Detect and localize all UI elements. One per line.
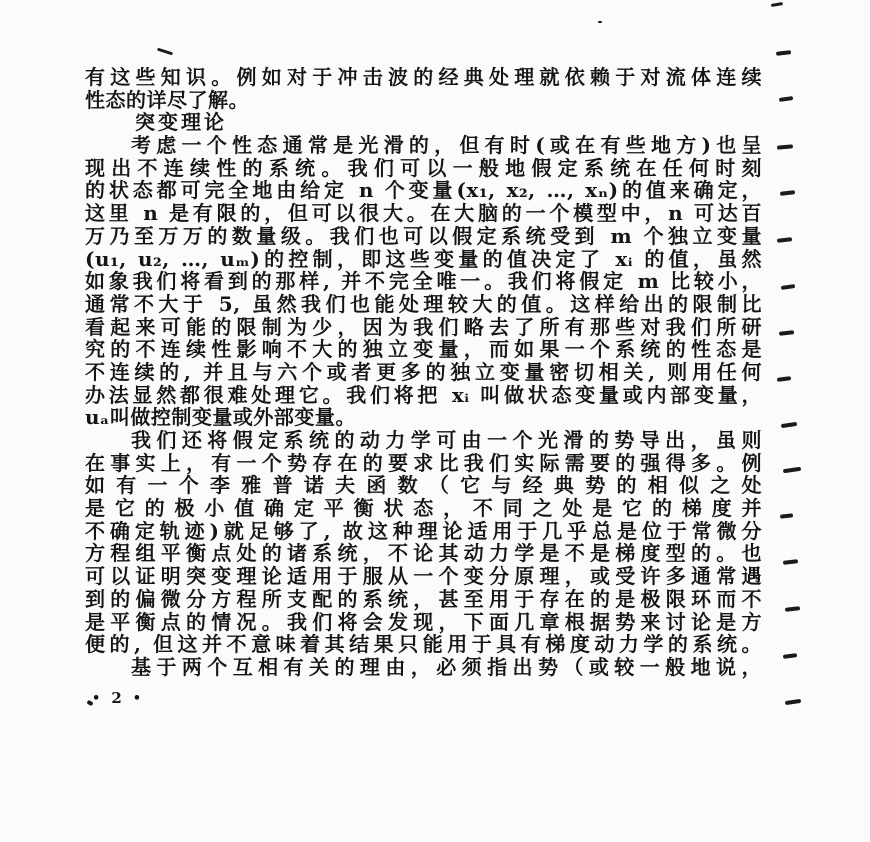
margin-dash-mark bbox=[785, 606, 800, 611]
text-line: 可以证明突变理论适用于服从一个变分原理，或受许多通常遇 bbox=[85, 565, 762, 588]
text-line: 万乃至万万的数量级。我们也可以假定系统受到 m 个独立变量 bbox=[85, 225, 762, 248]
page-footer: • 2 • bbox=[92, 689, 141, 707]
margin-dash-mark bbox=[777, 376, 791, 381]
margin-dash-mark bbox=[779, 330, 794, 335]
text-line: uₐ叫做控制变量或外部变量。 bbox=[85, 406, 762, 429]
margin-dash-mark bbox=[779, 96, 793, 101]
text-line: 通常不大于 5, 虽然我们也能处理较大的值。这样给出的限制比 bbox=[85, 293, 762, 316]
margin-dash-mark bbox=[776, 50, 791, 55]
text-line: 在事实上，有一个势存在的要求比我们实际需要的强得多。例 bbox=[85, 452, 762, 475]
ink-speck bbox=[157, 48, 173, 56]
text-line: 现出不连续性的系统。我们可以一般地假定系统在任何时刻 bbox=[85, 157, 762, 180]
text-line: 是平衡点的情况。我们将会发现，下面几章根据势来讨论是方 bbox=[85, 611, 762, 634]
scanned-book-page: 有这些知识。例如对于冲击波的经典处理就依赖于对流体连续性态的详尽了解。突变理论考… bbox=[0, 0, 870, 842]
footer-dot-right: • bbox=[133, 691, 141, 706]
margin-dash-mark bbox=[781, 284, 795, 289]
margin-dash-mark bbox=[785, 699, 801, 705]
text-line: (u₁, u₂, …, uₘ)的控制，即这些变量的值决定了 xᵢ 的值，虽然 bbox=[85, 248, 762, 271]
margin-dash-mark bbox=[771, 2, 783, 7]
margin-dash-mark bbox=[780, 190, 795, 195]
page-number: 2 bbox=[111, 689, 121, 707]
text-line: 方程组平衡点处的诸系统，不论其动力学是不是梯度型的。也 bbox=[85, 542, 762, 565]
text-line: 如有一个李雅普诺夫函数（它与经典势的相似之处 bbox=[85, 474, 762, 497]
margin-dash-mark bbox=[777, 144, 793, 149]
text-line: 到的偏微分方程所支配的系统，甚至用于存在的是极限环而不 bbox=[85, 588, 762, 611]
margin-dash-mark bbox=[777, 237, 792, 242]
margin-dash-mark bbox=[780, 513, 793, 518]
text-line: 不连续的, 并且与六个或者更多的独立变量密切相关, 则用任何 bbox=[85, 361, 762, 384]
text-line: 看起来可能的限制为少，因为我们略去了所有那些对我们所研 bbox=[85, 316, 762, 339]
text-line: 有这些知识。例如对于冲击波的经典处理就依赖于对流体连续 bbox=[85, 66, 762, 89]
margin-dash-mark bbox=[783, 653, 797, 658]
text-line: 便的, 但这并不意味着其结果只能用于具有梯度动力学的系统。 bbox=[85, 633, 762, 656]
section-heading: 突变理论 bbox=[85, 111, 762, 134]
text-line: 考虑一个性态通常是光滑的，但有时(或在有些地方)也呈 bbox=[85, 134, 762, 157]
text-line: 究的不连续性影响不大的独立变量，而如果一个系统的性态是 bbox=[85, 338, 762, 361]
text-line: 基于两个互相有关的理由，必须指出势（或较一般地说， bbox=[85, 656, 762, 679]
margin-dash-mark bbox=[783, 559, 798, 564]
text-line: 我们还将假定系统的动力学可由一个光滑的势导出，虽则 bbox=[85, 429, 762, 452]
margin-dash-mark bbox=[781, 422, 797, 428]
text-line: 性态的详尽了解。 bbox=[85, 89, 762, 112]
margin-dash-mark bbox=[783, 467, 801, 473]
text-line: 不确定轨迹)就足够了, 故这种理论适用于几乎总是位于常微分 bbox=[85, 520, 762, 543]
text-line: 办法显然都很难处理它。我们将把 xᵢ 叫做状态变量或内部变量， bbox=[85, 384, 762, 407]
text-line: 的状态都可完全地由给定 n 个变量(x₁, x₂, …, xₙ)的值来确定， bbox=[85, 179, 762, 202]
text-column: 有这些知识。例如对于冲击波的经典处理就依赖于对流体连续性态的详尽了解。突变理论考… bbox=[85, 66, 762, 679]
text-line: 如象我们将看到的那样, 并不完全唯一。我们将假定 m 比较小， bbox=[85, 270, 762, 293]
ink-speck bbox=[598, 21, 602, 23]
text-line: 这里 n 是有限的，但可以很大。在大脑的一个模型中，n 可达百 bbox=[85, 202, 762, 225]
text-line: 是它的极小值确定平衡状态，不同之处是它的梯度并 bbox=[85, 497, 762, 520]
